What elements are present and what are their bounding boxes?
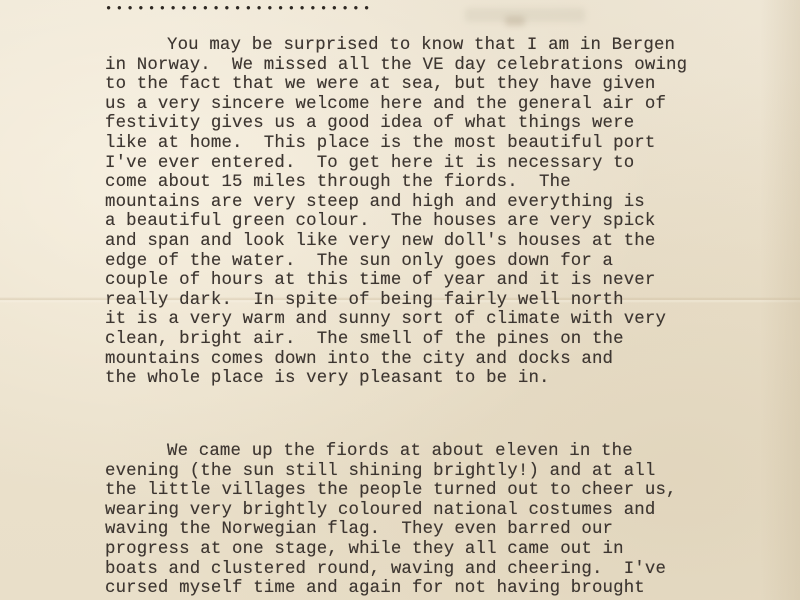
text-line: mountains comes down into the city and d… — [105, 350, 800, 370]
text-line: progress at one stage, while they all ca… — [105, 540, 800, 560]
text-line: the little villages the people turned ou… — [105, 481, 800, 501]
text-line: a beautiful green colour. The houses are… — [105, 212, 800, 232]
paragraph-2: We came up the fiords at about eleven in… — [105, 442, 800, 599]
text-line: I've ever entered. To get here it is nec… — [105, 154, 800, 174]
text-line: come about 15 miles through the fiords. … — [105, 173, 800, 193]
text-line: like at home. This place is the most bea… — [105, 134, 800, 154]
text-line: in Norway. We missed all the VE day cele… — [105, 56, 800, 76]
text-line: wearing very brightly coloured national … — [105, 501, 800, 521]
text-line: evening (the sun still shining brightly!… — [105, 462, 800, 482]
faded-ink-mark — [505, 16, 525, 26]
text-line: it is a very warm and sunny sort of clim… — [105, 310, 800, 330]
text-line: mountains are very steep and high and ev… — [105, 193, 800, 213]
text-line: You may be surprised to know that I am i… — [105, 36, 800, 56]
paragraph-1: You may be surprised to know that I am i… — [105, 36, 800, 389]
text-line: and span and look like very new doll's h… — [105, 232, 800, 252]
text-line: boats and clustered round, waving and ch… — [105, 560, 800, 580]
text-line: waving the Norwegian flag. They even bar… — [105, 520, 800, 540]
faded-ink-mark — [465, 8, 585, 22]
text-line: to the fact that we were at sea, but the… — [105, 75, 800, 95]
text-line: edge of the water. The sun only goes dow… — [105, 252, 800, 272]
dotted-header-rule: ••••••••••••••••••••••••• — [105, 2, 374, 16]
text-line: cursed myself time and again for not hav… — [105, 579, 800, 599]
letter-page: ••••••••••••••••••••••••• You may be sur… — [0, 0, 800, 600]
text-line: really dark. In spite of being fairly we… — [105, 291, 800, 311]
text-line: We came up the fiords at about eleven in… — [105, 442, 800, 462]
text-line: the whole place is very pleasant to be i… — [105, 369, 800, 389]
text-line: couple of hours at this time of year and… — [105, 271, 800, 291]
text-line: clean, bright air. The smell of the pine… — [105, 330, 800, 350]
text-line: us a very sincere welcome here and the g… — [105, 95, 800, 115]
text-line: festivity gives us a good idea of what t… — [105, 114, 800, 134]
